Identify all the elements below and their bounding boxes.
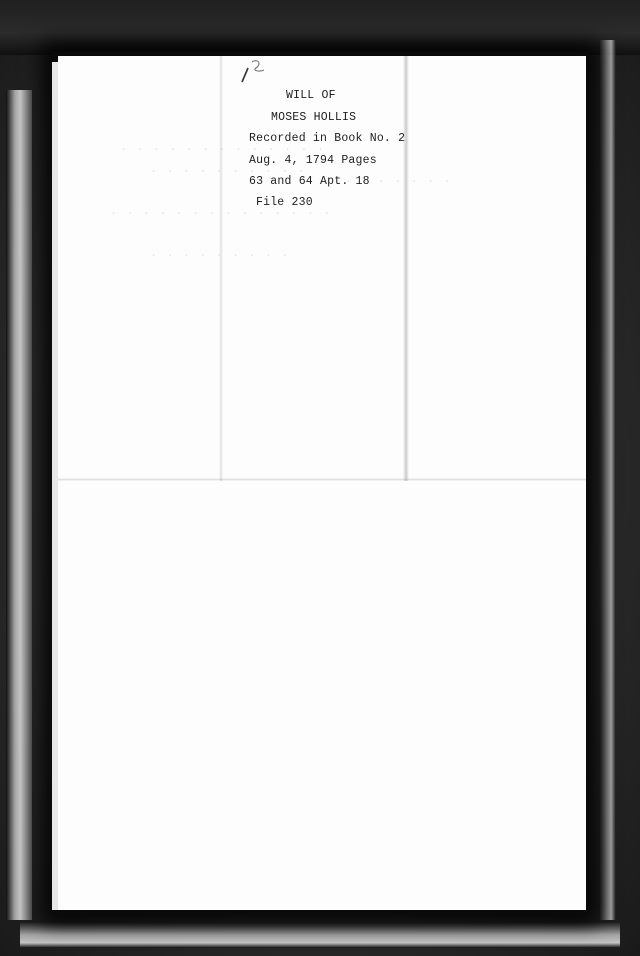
file-number: File 230 <box>256 192 313 213</box>
horizontal-fold-line <box>58 478 586 481</box>
handwritten-mark-icon <box>238 58 266 84</box>
vertical-fold-line-left <box>219 56 223 481</box>
record-date: Aug. 4, 1794 Pages <box>249 150 377 171</box>
vertical-fold-line-right <box>403 56 409 481</box>
scan-bottom-edge <box>20 922 620 948</box>
document-title: WILL OF <box>286 85 336 106</box>
bleed-through-text: . . . . . . . . . <box>150 246 289 260</box>
scan-top-border <box>0 0 640 55</box>
testator-name: MOSES HOLLIS <box>271 107 356 128</box>
page-numbers: 63 and 64 Apt. 18 <box>249 171 370 192</box>
scan-right-edge <box>600 40 616 920</box>
scan-left-edge <box>6 90 32 920</box>
record-book: Recorded in Book No. 2 <box>249 128 405 149</box>
